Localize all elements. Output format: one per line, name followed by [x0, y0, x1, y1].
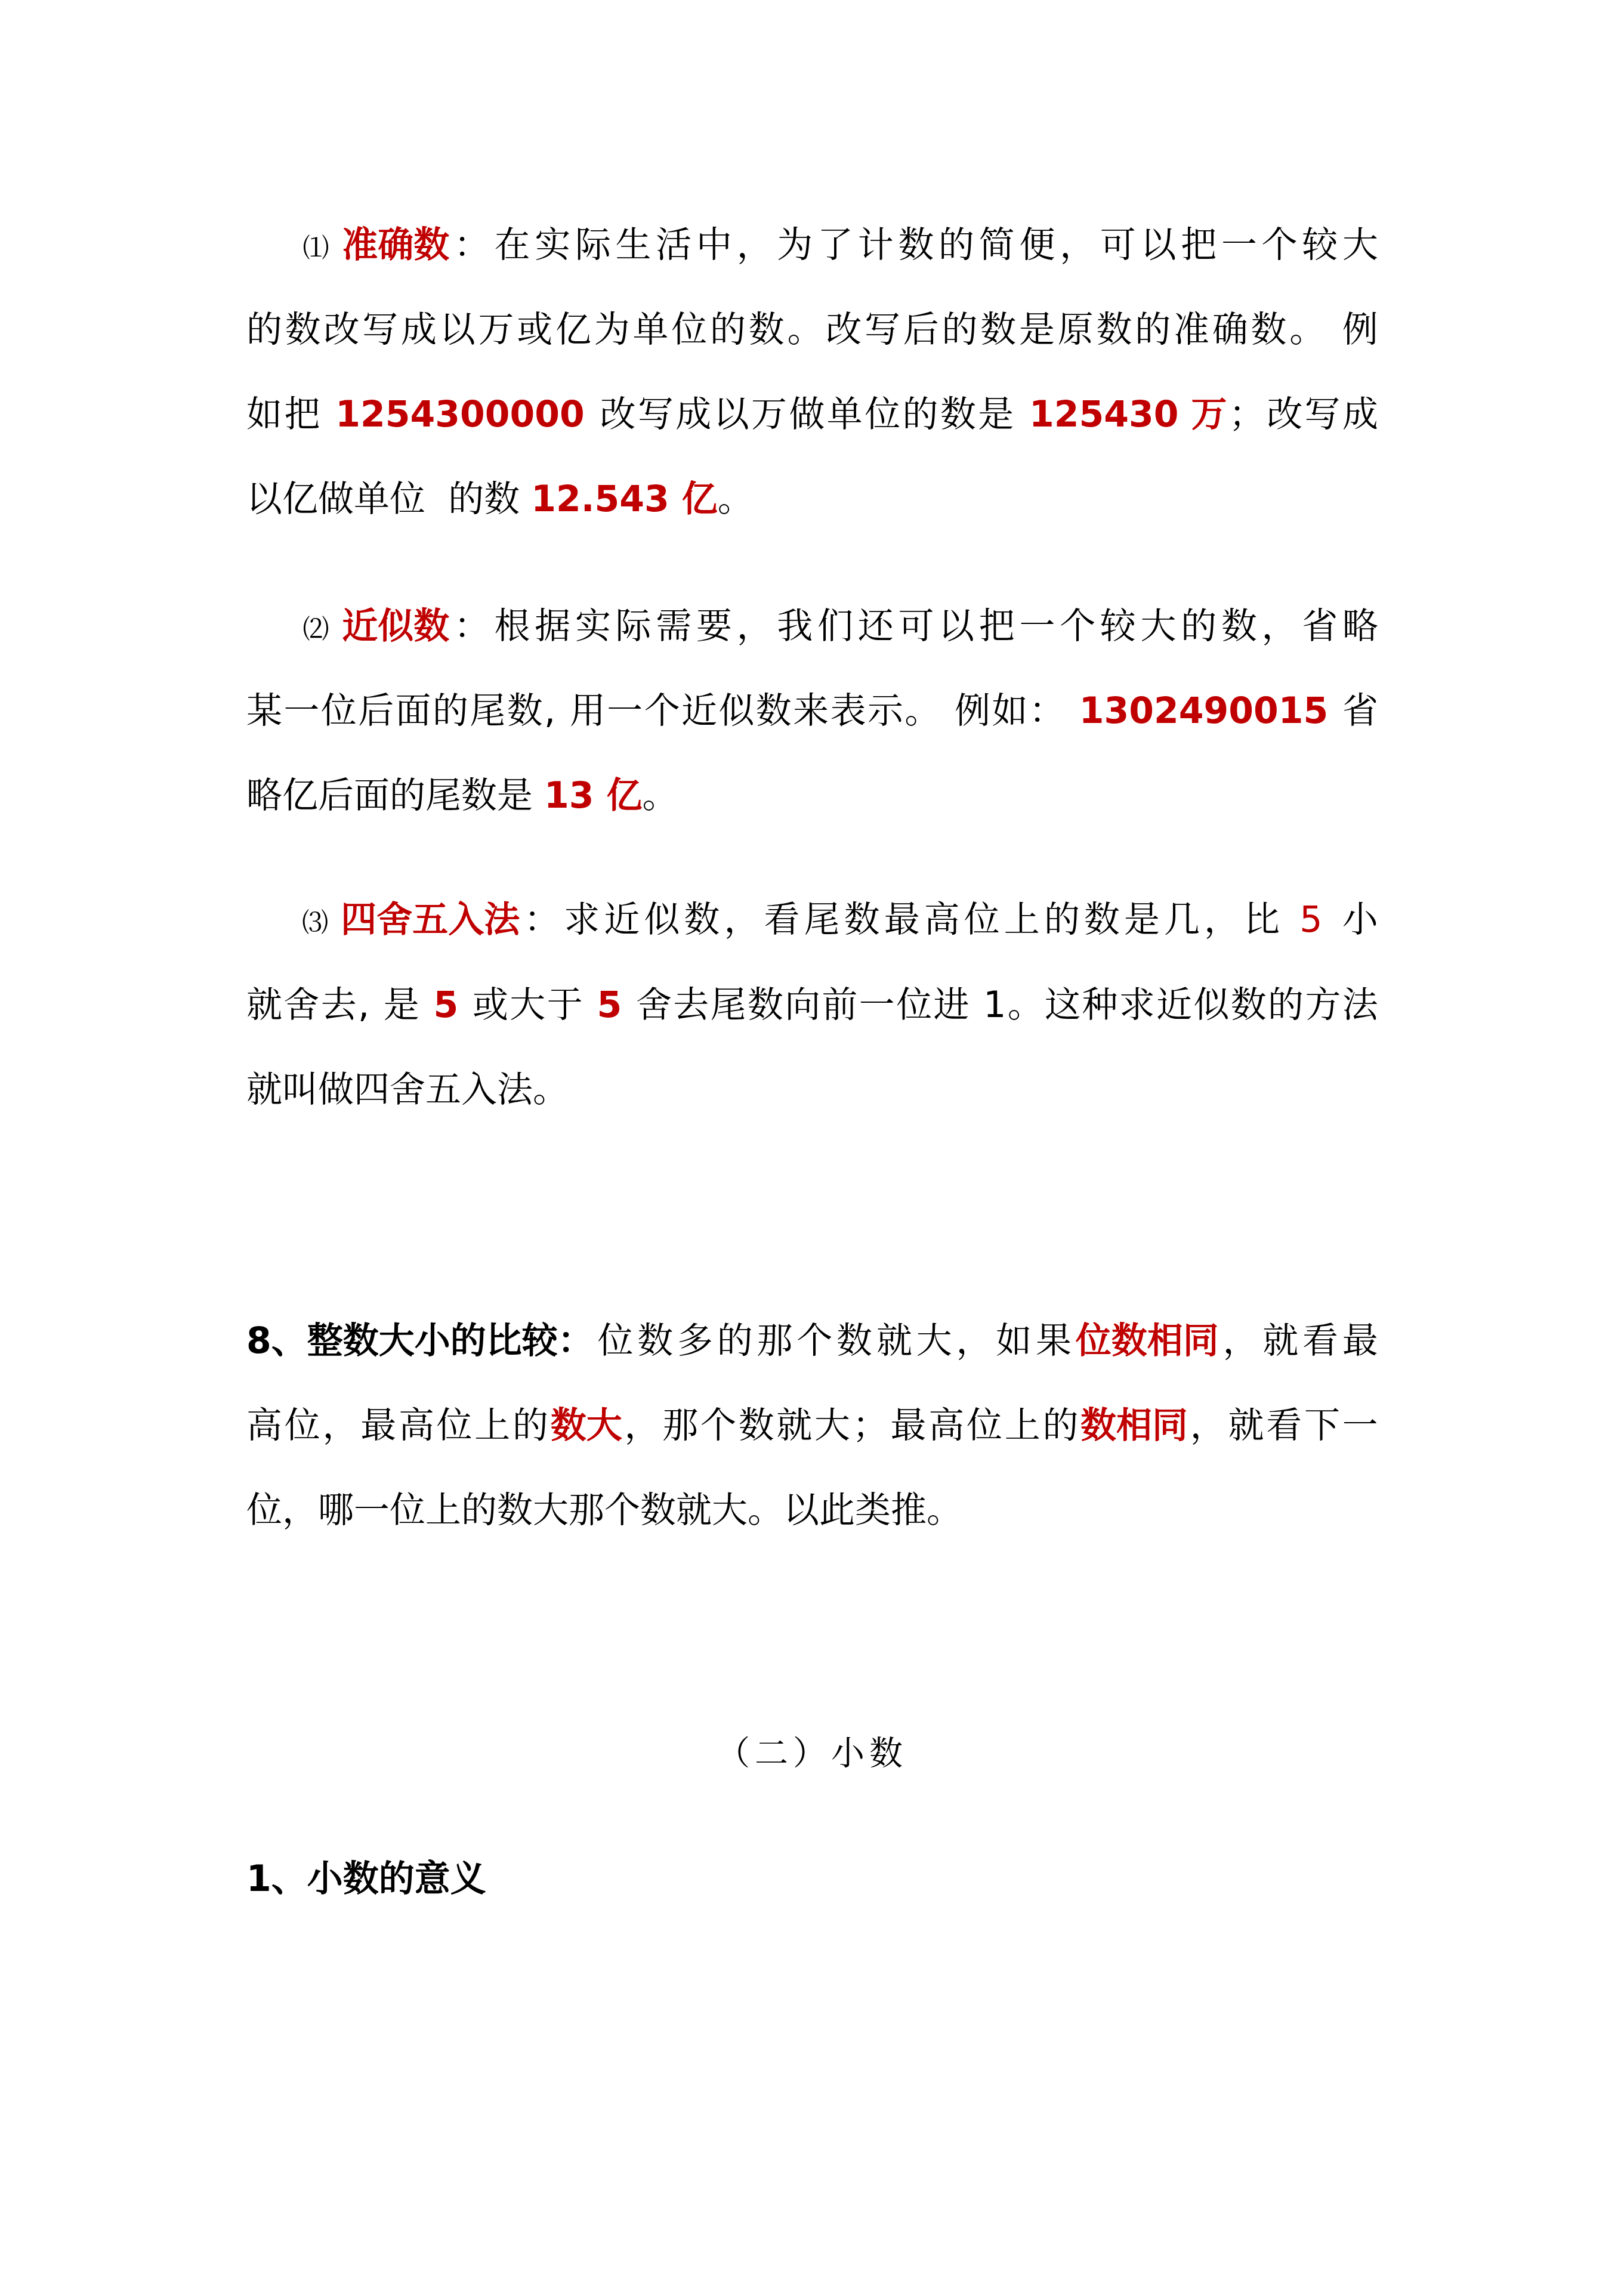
text-char: 亿: [555, 303, 591, 357]
text-char: 我: [777, 600, 813, 653]
text-char: ；: [1229, 388, 1265, 441]
text-char: 数: [1084, 893, 1120, 947]
text-char: [623, 978, 634, 1032]
text-char: ，: [737, 600, 773, 653]
text-char: 做: [789, 388, 825, 441]
text-segment: 。: [718, 472, 754, 526]
text-char: [586, 388, 598, 441]
text-char: [460, 978, 471, 1032]
text-char: 写: [362, 303, 398, 357]
text-char: 尾: [470, 684, 505, 738]
text-char: 进: [934, 978, 970, 1032]
text-char: 的: [246, 303, 282, 357]
text-char: 就: [246, 978, 282, 1032]
highlight-text: 准确数: [342, 218, 449, 272]
text-char: ，: [1222, 1314, 1258, 1368]
para1-line2: 的数改写成以万或亿为单位的数。改写后的数是原数的准确数。 例: [246, 303, 1378, 357]
text-char: 一: [1221, 218, 1257, 272]
text-char: 数: [844, 893, 880, 947]
text-char: 原: [1058, 303, 1094, 357]
text-char: 似: [644, 893, 680, 947]
text-char: 高: [924, 893, 960, 947]
text-char: 示: [867, 684, 903, 738]
highlight-text: 近似数: [342, 600, 449, 653]
text-char: 1: [983, 978, 1006, 1032]
text-char: 数: [898, 218, 934, 272]
para3-line3: 就叫做四舍五入法。: [246, 1063, 1378, 1117]
text-char: 似: [718, 684, 754, 738]
text-char: 大: [916, 1314, 952, 1368]
text-char: [1066, 684, 1077, 738]
text-char: 以: [938, 600, 974, 653]
text-char: 就: [776, 1399, 812, 1453]
text-segment: ⑵: [302, 603, 337, 657]
text-char: 。: [788, 303, 823, 357]
highlight-text: 125430 万: [1029, 388, 1227, 441]
text-char: [246, 893, 282, 947]
text-char: 位: [967, 1399, 1002, 1453]
text-char: 种: [1082, 978, 1117, 1032]
text-char: 数: [756, 684, 792, 738]
text-char: 数: [1221, 600, 1257, 653]
text-char: 准: [1174, 303, 1209, 357]
text-char: 实: [575, 600, 611, 653]
text-char: 方: [1305, 978, 1341, 1032]
text-char: 向: [785, 978, 820, 1032]
text-char: 位: [865, 388, 900, 441]
text-char: 的: [1135, 303, 1171, 357]
text-char: 改: [600, 388, 636, 441]
text-char: 略: [1342, 600, 1378, 653]
text-char: ，: [1190, 1399, 1226, 1453]
text-char: 上: [474, 1399, 510, 1453]
text-char: 了: [817, 218, 853, 272]
text-char: 近: [681, 684, 717, 738]
text-char: 把: [979, 600, 1015, 653]
text-char: 以: [440, 303, 476, 357]
text-char: 个: [1262, 218, 1298, 272]
text-char: [1016, 388, 1027, 441]
text-char: 为: [594, 303, 630, 357]
text-char: 看: [1302, 1314, 1338, 1368]
text-char: 后: [358, 684, 394, 738]
text-char: 的: [717, 1314, 753, 1368]
text-char: [286, 893, 298, 947]
section8-line3: 位，哪一位上的数大那个数就大。以此类推。: [246, 1484, 1378, 1537]
text-char: 。: [904, 684, 940, 738]
text-char: 际: [575, 218, 611, 272]
text-char: 如: [246, 388, 282, 441]
text-char: 最: [1342, 1314, 1378, 1368]
text-char: 最: [891, 1399, 927, 1453]
text-char: 大: [814, 1399, 850, 1453]
text-char: 位: [896, 978, 932, 1032]
text-char: 成: [675, 388, 711, 441]
text-char: 改: [324, 303, 360, 357]
text-char: 一: [607, 684, 643, 738]
text-char: ，: [956, 1314, 992, 1368]
text-char: 单: [633, 303, 669, 357]
text-char: [971, 978, 982, 1032]
text-char: 简: [979, 218, 1015, 272]
text-segment: 8、整数大小的比较：: [246, 1314, 594, 1368]
text-char: 似: [1193, 978, 1229, 1032]
text-char: 们: [817, 600, 853, 653]
text-char: 尾: [804, 893, 840, 947]
text-char: 实: [535, 218, 570, 272]
text-char: ，: [322, 1399, 358, 1453]
highlight-text: 1254300000: [335, 388, 584, 441]
text-char: 就: [1262, 1314, 1298, 1368]
text-char: 数: [637, 1314, 673, 1368]
highlight-text: 5: [597, 978, 622, 1032]
text-segment: 以亿做单位 的数: [246, 472, 531, 526]
text-char: 可: [1100, 218, 1136, 272]
text-char: 较: [1302, 218, 1338, 272]
text-char: 的: [903, 388, 938, 441]
text-char: 位: [964, 893, 1000, 947]
text-char: ,: [544, 684, 555, 738]
text-char: ，: [724, 893, 760, 947]
text-char: [557, 684, 568, 738]
text-char: 那: [757, 1314, 793, 1368]
text-char: 去: [673, 978, 709, 1032]
text-char: 某: [246, 684, 282, 738]
highlight-text: 5: [434, 978, 459, 1032]
text-char: 高: [246, 1399, 282, 1453]
text-char: 改: [826, 303, 862, 357]
text-char: [1327, 893, 1338, 947]
text-char: 近: [604, 893, 640, 947]
text-char: 数: [940, 388, 976, 441]
text-char: 的: [938, 218, 974, 272]
para1-line4: 以亿做单位 的数 12.543 亿。: [246, 472, 1378, 526]
text-char: 求: [564, 893, 600, 947]
text-char: 省: [1342, 684, 1378, 738]
text-char: 是: [1019, 303, 1055, 357]
text-char: 几: [1164, 893, 1200, 947]
text-char: [322, 388, 334, 441]
text-char: 例: [955, 684, 990, 738]
text-char: [246, 600, 282, 653]
text-char: 一: [1019, 600, 1055, 653]
text-char: 位: [598, 1314, 634, 1368]
text-char: 位: [437, 1399, 473, 1453]
text-segment: 位，哪一位上的数大那个数就大。以此类推。: [246, 1484, 962, 1537]
text-char: 个: [1060, 600, 1095, 653]
text-char: 下: [1304, 1399, 1340, 1453]
text-char: 个: [700, 1399, 736, 1453]
text-char: 比: [1244, 893, 1280, 947]
para3-line1: ⑶ 四舍五入法：求近似数，看尾数最高位上的数是几，比 5 小: [246, 893, 1378, 947]
text-char: 较: [1100, 600, 1136, 653]
highlight-text: 数大: [551, 1399, 622, 1453]
para2-line3: 略亿后面的尾数是 13 亿。: [246, 769, 1378, 823]
text-char: 法: [1342, 978, 1378, 1032]
text-char: 的: [433, 684, 468, 738]
text-char: 成: [1342, 388, 1378, 441]
para2-line1: ⑵ 近似数：根据实际需要，我们还可以把一个较大的数，省略: [246, 600, 1378, 653]
text-char: 的: [942, 303, 978, 357]
text-char: 计: [858, 218, 894, 272]
para1-line1: ⑴ 准确数：在实际生活中，为了计数的简便，可以把一个较大: [246, 218, 1378, 272]
text-char: 写: [865, 303, 900, 357]
section8-line1: 8、整数大小的比较：位数多的那个数就大，如果位数相同，就看最: [246, 1314, 1378, 1368]
text-char: 为: [777, 218, 813, 272]
para2-line2: 某一位后面的尾数, 用一个近似数来表示。 例如： 1302490015 省: [246, 684, 1378, 738]
text-char: 还: [858, 600, 894, 653]
text-char: 上: [1005, 1399, 1041, 1453]
text-char: 据: [535, 600, 570, 653]
text-char: 多: [677, 1314, 713, 1368]
text-char: 数: [739, 1399, 774, 1453]
text-char: 如: [992, 684, 1027, 738]
text-char: [1328, 303, 1339, 357]
text-char: 位: [671, 303, 707, 357]
text-char: 去: [321, 978, 357, 1032]
text-char: 成: [401, 303, 437, 357]
text-char: ，: [1204, 893, 1240, 947]
text-char: [287, 600, 298, 653]
text-char: 表: [830, 684, 866, 738]
text-char: [246, 218, 282, 272]
text-char: ：: [454, 600, 490, 653]
text-char: 改: [1267, 388, 1302, 441]
text-char: 是: [978, 388, 1014, 441]
text-char: [1330, 684, 1341, 738]
text-char: [942, 684, 953, 738]
text-char: 后: [903, 303, 939, 357]
text-char: 最: [884, 893, 920, 947]
text-char: 确: [1212, 303, 1248, 357]
text-char: 把: [1181, 218, 1217, 272]
text-char: 舍: [636, 978, 672, 1032]
text-char: 就: [1228, 1399, 1264, 1453]
text-char: 位: [321, 684, 357, 738]
text-char: 数: [1097, 303, 1132, 357]
text-char: 大: [1141, 600, 1177, 653]
text-char: 个: [644, 684, 680, 738]
text-char: [421, 978, 432, 1032]
text-segment: 。: [642, 769, 678, 823]
text-char: 以: [714, 388, 749, 441]
text-char: 尾: [711, 978, 746, 1032]
text-segment: 略亿后面的尾数是: [246, 769, 544, 823]
highlight-text: 数相同: [1080, 1399, 1188, 1453]
text-segment: ⑶: [302, 897, 336, 950]
text-char: [584, 978, 595, 1032]
text-char: 一: [1342, 1399, 1378, 1453]
text-char: ；: [853, 1399, 888, 1453]
text-char: 活: [656, 218, 691, 272]
text-char: 一: [859, 978, 895, 1032]
text-segment: ⑴: [302, 222, 337, 276]
text-char: ,: [358, 978, 369, 1032]
text-char: [371, 978, 382, 1032]
text-char: 或: [473, 978, 508, 1032]
text-char: ：: [454, 218, 490, 272]
text-char: 是: [1124, 893, 1160, 947]
text-char: 的: [1042, 1399, 1078, 1453]
text-char: 数: [748, 978, 783, 1032]
para3-line2: 就舍去, 是 5 或大于 5 舍去尾数向前一位进 1。这种求近似数的方法: [246, 978, 1378, 1032]
text-char: 最: [360, 1399, 396, 1453]
text-segment: 就叫做四舍五入法。: [246, 1063, 569, 1117]
text-char: 中: [696, 218, 732, 272]
text-char: 看: [1266, 1399, 1302, 1453]
text-char: 需: [656, 600, 691, 653]
section-heading-decimals: （二）小数: [0, 1727, 1624, 1781]
text-char: 舍: [283, 978, 319, 1032]
text-char: 前: [822, 978, 858, 1032]
highlight-text: 位数相同: [1076, 1314, 1219, 1368]
text-char: 以: [1141, 218, 1177, 272]
text-char: 的: [512, 1399, 548, 1453]
text-char: 看: [764, 893, 800, 947]
text-char: 根: [495, 600, 530, 653]
text-char: 单: [827, 388, 863, 441]
text-char: 那: [662, 1399, 698, 1453]
text-char: 数: [1251, 303, 1287, 357]
text-char: 个: [796, 1314, 832, 1368]
text-char: 在: [495, 218, 530, 272]
text-char: 数: [507, 684, 543, 738]
text-char: 这: [1045, 978, 1080, 1032]
subheading-decimal-meaning: 1、小数的意义: [246, 1852, 1378, 1906]
text-char: ，: [737, 218, 773, 272]
text-char: 。: [1008, 978, 1043, 1032]
text-char: 面: [396, 684, 431, 738]
text-char: 省: [1302, 600, 1338, 653]
text-char: [1284, 893, 1295, 947]
text-char: 可: [898, 600, 934, 653]
text-char: 数: [749, 303, 785, 357]
text-char: 于: [547, 978, 583, 1032]
text-char: 万: [751, 388, 787, 441]
text-char: 高: [928, 1399, 964, 1453]
text-char: 数: [1231, 978, 1267, 1032]
text-char: 数: [684, 893, 720, 947]
subheading-text: 1、小数的意义: [246, 1852, 486, 1906]
text-char: ，: [1262, 600, 1298, 653]
highlight-text: 1302490015: [1079, 684, 1328, 738]
text-char: [287, 218, 298, 272]
text-char: 数: [285, 303, 321, 357]
text-char: 或: [517, 303, 552, 357]
text-char: ：: [1029, 684, 1065, 738]
text-char: 来: [793, 684, 829, 738]
text-char: 位: [285, 1399, 320, 1453]
text-char: 小: [1342, 893, 1378, 947]
highlight-text: 四舍五入法: [341, 893, 520, 947]
text-char: ，: [1060, 218, 1095, 272]
para1-line3: 如把 1254300000 改写成以万做单位的数是 125430 万；改写成: [246, 388, 1378, 441]
highlight-text: 13 亿: [544, 769, 642, 823]
text-char: 的: [1268, 978, 1304, 1032]
text-char: 用: [570, 684, 606, 738]
text-char: 的: [1044, 893, 1080, 947]
text-char: 把: [284, 388, 320, 441]
text-char: 要: [696, 600, 732, 653]
text-char: 大: [510, 978, 545, 1032]
text-char: 是: [384, 978, 419, 1032]
text-char: 便: [1019, 218, 1055, 272]
text-char: 万: [478, 303, 514, 357]
highlight-text: 12.543 亿: [531, 472, 717, 526]
text-char: 的: [1181, 600, 1217, 653]
highlight-text: 5: [1299, 893, 1322, 947]
text-char: 如: [996, 1314, 1032, 1368]
text-char: 上: [1004, 893, 1040, 947]
text-char: 就: [876, 1314, 912, 1368]
text-char: 近: [1156, 978, 1192, 1032]
text-char: 高: [399, 1399, 434, 1453]
text-char: 数: [836, 1314, 872, 1368]
text-char: ，: [624, 1399, 660, 1453]
text-char: 果: [1036, 1314, 1072, 1368]
text-char: 的: [710, 303, 746, 357]
section8-line2: 高位，最高位上的数大，那个数就大；最高位上的数相同，就看下一: [246, 1399, 1378, 1453]
text-char: ：: [524, 893, 560, 947]
text-char: 例: [1342, 303, 1378, 357]
text-char: 数: [980, 303, 1016, 357]
text-char: 求: [1119, 978, 1155, 1032]
text-char: 际: [616, 600, 652, 653]
text-char: 。: [1289, 303, 1325, 357]
text-char: 生: [616, 218, 652, 272]
text-char: 大: [1342, 218, 1378, 272]
text-char: 写: [1305, 388, 1341, 441]
text-char: 一: [283, 684, 319, 738]
text-char: 写: [638, 388, 674, 441]
